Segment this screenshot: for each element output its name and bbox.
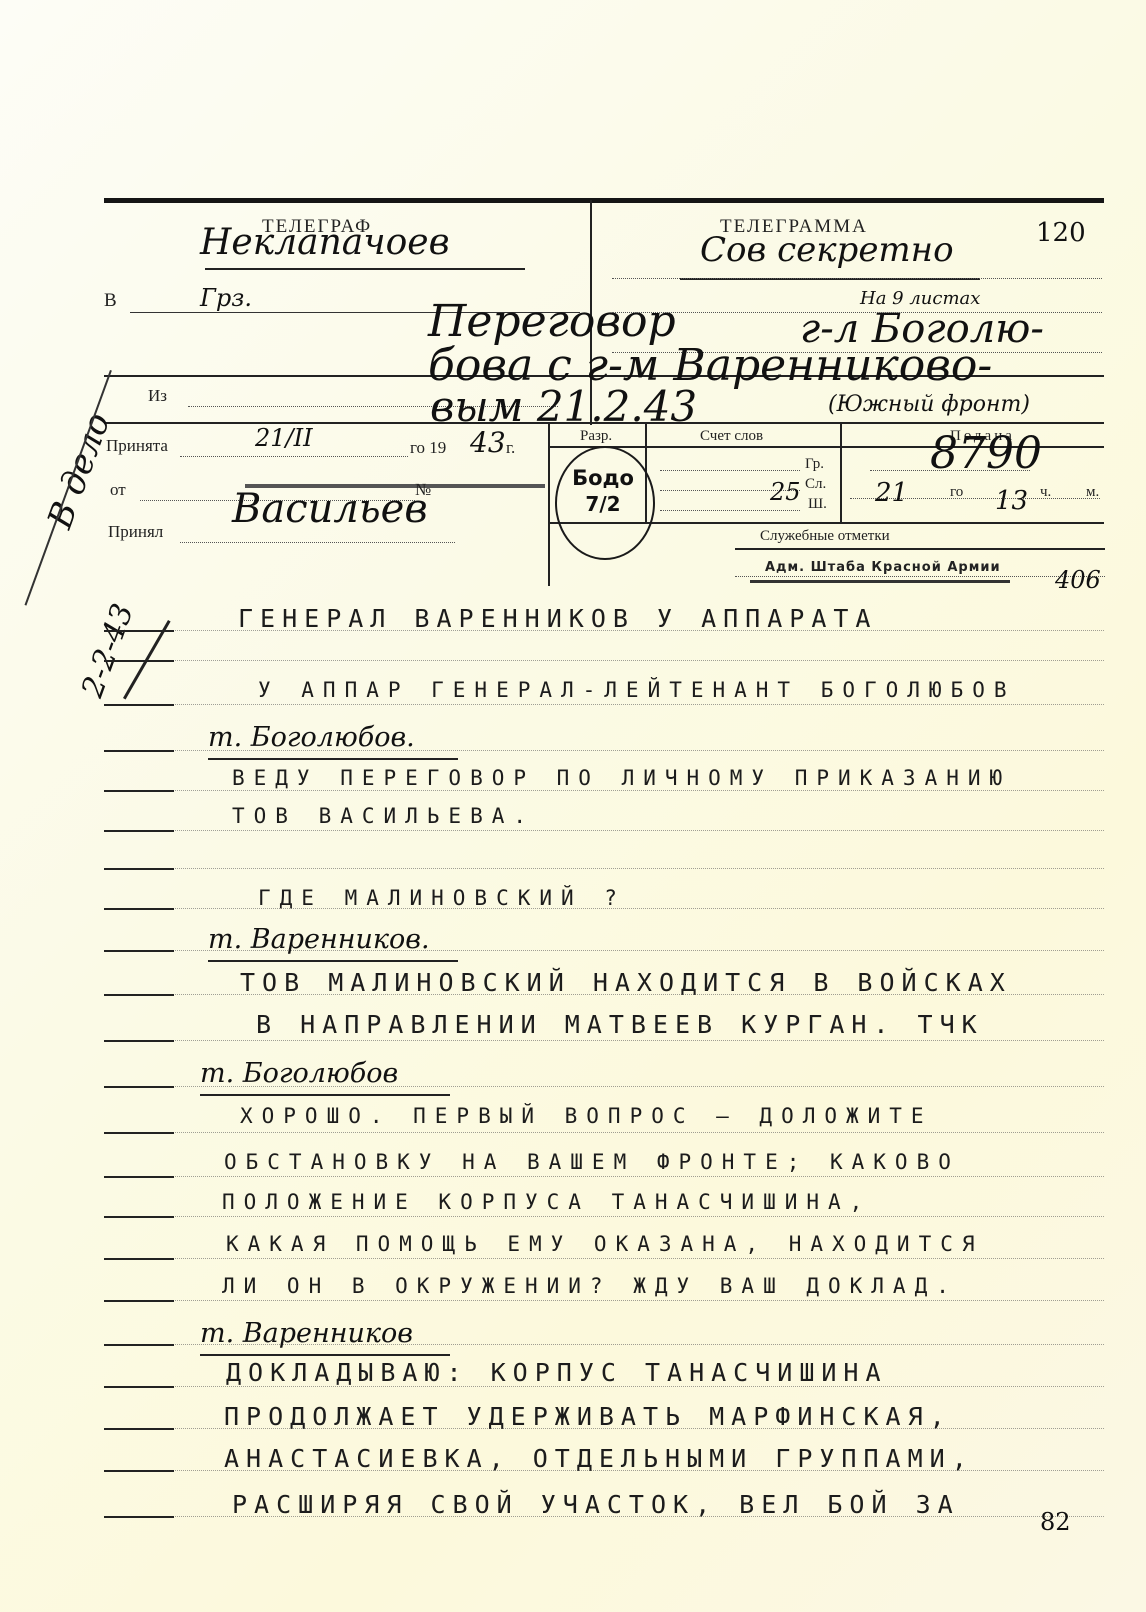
gr-line [660,470,800,471]
label-prinyal: Принял [108,522,163,542]
to-field-value: Грз. [200,284,252,312]
teletype-line: ОБСТАНОВКУ НА ВАШЕМ ФРОНТЕ; КАКОВО [224,1150,960,1174]
grid-left-border [548,424,550,586]
margin-tick [104,1386,174,1388]
teletype-line: У АППАР ГЕНЕРАЛ-ЛЕЙТЕНАНТ БОГОЛЮБОВ [258,678,1016,702]
service-stamp-line: Адм. Штаба Красной Армии [765,560,1001,575]
margin-tick [104,750,174,752]
speaker-underline [200,1094,450,1096]
margin-tick [104,704,174,706]
teletype-line: ТОВ ВАСИЛЬЕВА. [232,804,535,828]
page-number: 82 [1040,1508,1071,1536]
speaker-label: т. Варенников. [208,924,430,955]
label-go-year: го 19 [410,438,446,458]
prinyal-line [180,542,455,543]
label-hours: ч. [1040,484,1051,501]
label-minutes: м. [1086,484,1099,501]
teletype-line: ЛИ ОН В ОКРУЖЕНИИ? ЖДУ ВАШ ДОКЛАД. [222,1274,958,1298]
label-v: В [104,290,117,312]
teletype-line: РАСШИРЯЯ СВОЙ УЧАСТОК, ВЕЛ БОЙ ЗА [232,1490,960,1519]
margin-slash-1 [24,370,111,606]
label-gr: Гр. [805,456,824,473]
handwritten-operator-name: Неклапачоев [200,222,450,263]
ruled-line [104,1040,1104,1041]
label-sl: Сл. [805,476,826,493]
ruled-line [104,1258,1104,1259]
accepted-by-signature: Васильев [232,486,428,532]
speaker-label: т. Боголюбов [200,1058,398,1089]
margin-tick [104,830,174,832]
submitted-day: 21 [875,478,908,508]
teletype-line: ВЕДУ ПЕРЕГОВОР ПО ЛИЧНОМУ ПРИКАЗАНИЮ [232,766,1011,790]
margin-tick [104,660,174,662]
ruled-line [104,704,1104,705]
teletype-line: ГЕНЕРАЛ ВАРЕННИКОВ У АППАРАТА [238,604,878,633]
teletype-line: ХОРОШО. ПЕРВЫЙ ВОПРОС — ДОЛОЖИТЕ [240,1104,933,1128]
margin-tick [104,950,174,952]
operator-name-underline [205,268,525,270]
margin-tick [104,908,174,910]
margin-tick [104,868,174,870]
ruled-line [104,868,1104,869]
margin-tick [104,1516,174,1518]
margin-tick [104,1470,174,1472]
speaker-underline [200,1354,450,1356]
ruled-line [104,1132,1104,1133]
margin-tick [104,1086,174,1088]
label-go-2: го [950,484,963,501]
ruled-line [104,1300,1104,1301]
teletype-line: КАКАЯ ПОМОЩЬ ЕМУ ОКАЗАНА, НАХОДИТСЯ [226,1232,984,1256]
speaker-label: т. Варенников [200,1318,413,1349]
label-razr: Разр. [580,428,612,445]
submitted-number: 8790 [930,428,1042,479]
ruled-line [104,1176,1104,1177]
margin-tick [104,1176,174,1178]
margin-tick [104,994,174,996]
margin-tick [104,1428,174,1430]
teletype-line: ПРОДОЛЖАЕТ УДЕРЖИВАТЬ МАРФИНСКАЯ, [224,1402,952,1431]
margin-tick [104,1216,174,1218]
speaker-underline [208,960,458,962]
iz-section-rule [104,422,1104,424]
margin-tick [104,790,174,792]
ruled-line [104,790,1104,791]
label-iz: Из [148,386,167,406]
accepted-date: 21/II [255,424,313,452]
speaker-label: т. Боголюбов. [208,722,415,753]
teletype-line: ГДЕ МАЛИНОВСКИЙ ? [258,886,626,910]
subject-front: (Южный фронт) [828,392,1030,417]
margin-note-file: В дело [40,408,118,534]
prinyata-line [180,456,408,457]
footer-number: 406 [1055,566,1101,594]
top-heavy-rule [104,198,1104,203]
ruled-line [104,830,1104,831]
margin-tick [104,1300,174,1302]
label-prinyata: Принята [106,436,168,456]
ruled-line [104,1216,1104,1217]
subject-rule-1 [612,312,1102,313]
teletype-line: В НАПРАВЛЕНИИ МАТВЕЕВ КУРГАН. ТЧК [256,1010,984,1039]
submitted-time: 13 [995,486,1028,516]
margin-tick [104,1344,174,1346]
grid-col-divider-2 [840,424,842,522]
margin-tick [104,630,174,632]
label-ot: от [110,480,126,500]
service-strike [750,580,1010,583]
label-year-suffix: г. [506,438,515,458]
teletype-line: ДОКЛАДЫВАЮ: КОРПУС ТАНАСЧИШИНА [226,1358,888,1387]
bodo-stamp-line1: Бодо [560,466,646,490]
telegram-title-rule [612,278,1102,279]
speaker-underline [208,758,458,760]
accepted-year: 43 [470,426,506,459]
service-line [735,576,1105,577]
bodo-stamp-line2: 7/2 [560,492,646,516]
ruled-line [104,660,1104,661]
label-word-count: Счет слов [700,428,763,445]
teletype-line: ТОВ МАЛИНОВСКИЙ НАХОДИТСЯ В ВОЙСКАХ [240,968,1012,997]
margin-tick [104,1040,174,1042]
grid-service-rule [735,548,1105,550]
label-sh: Ш. [808,496,827,513]
teletype-line: АНАСТАСИЕВКА, ОТДЕЛЬНЫМИ ГРУППАМИ, [224,1444,974,1473]
classification-secret: Сов секретно [700,230,954,270]
margin-tick [104,1258,174,1260]
word-count-value: 25 [770,478,801,506]
margin-tick [104,1132,174,1134]
page-reference: 120 [1036,218,1086,248]
label-service-notes: Служебные отметки [760,528,890,545]
teletype-line: ПОЛОЖЕНИЕ КОРПУСА ТАНАСЧИШИНА, [222,1190,871,1214]
sh-line [660,510,800,511]
